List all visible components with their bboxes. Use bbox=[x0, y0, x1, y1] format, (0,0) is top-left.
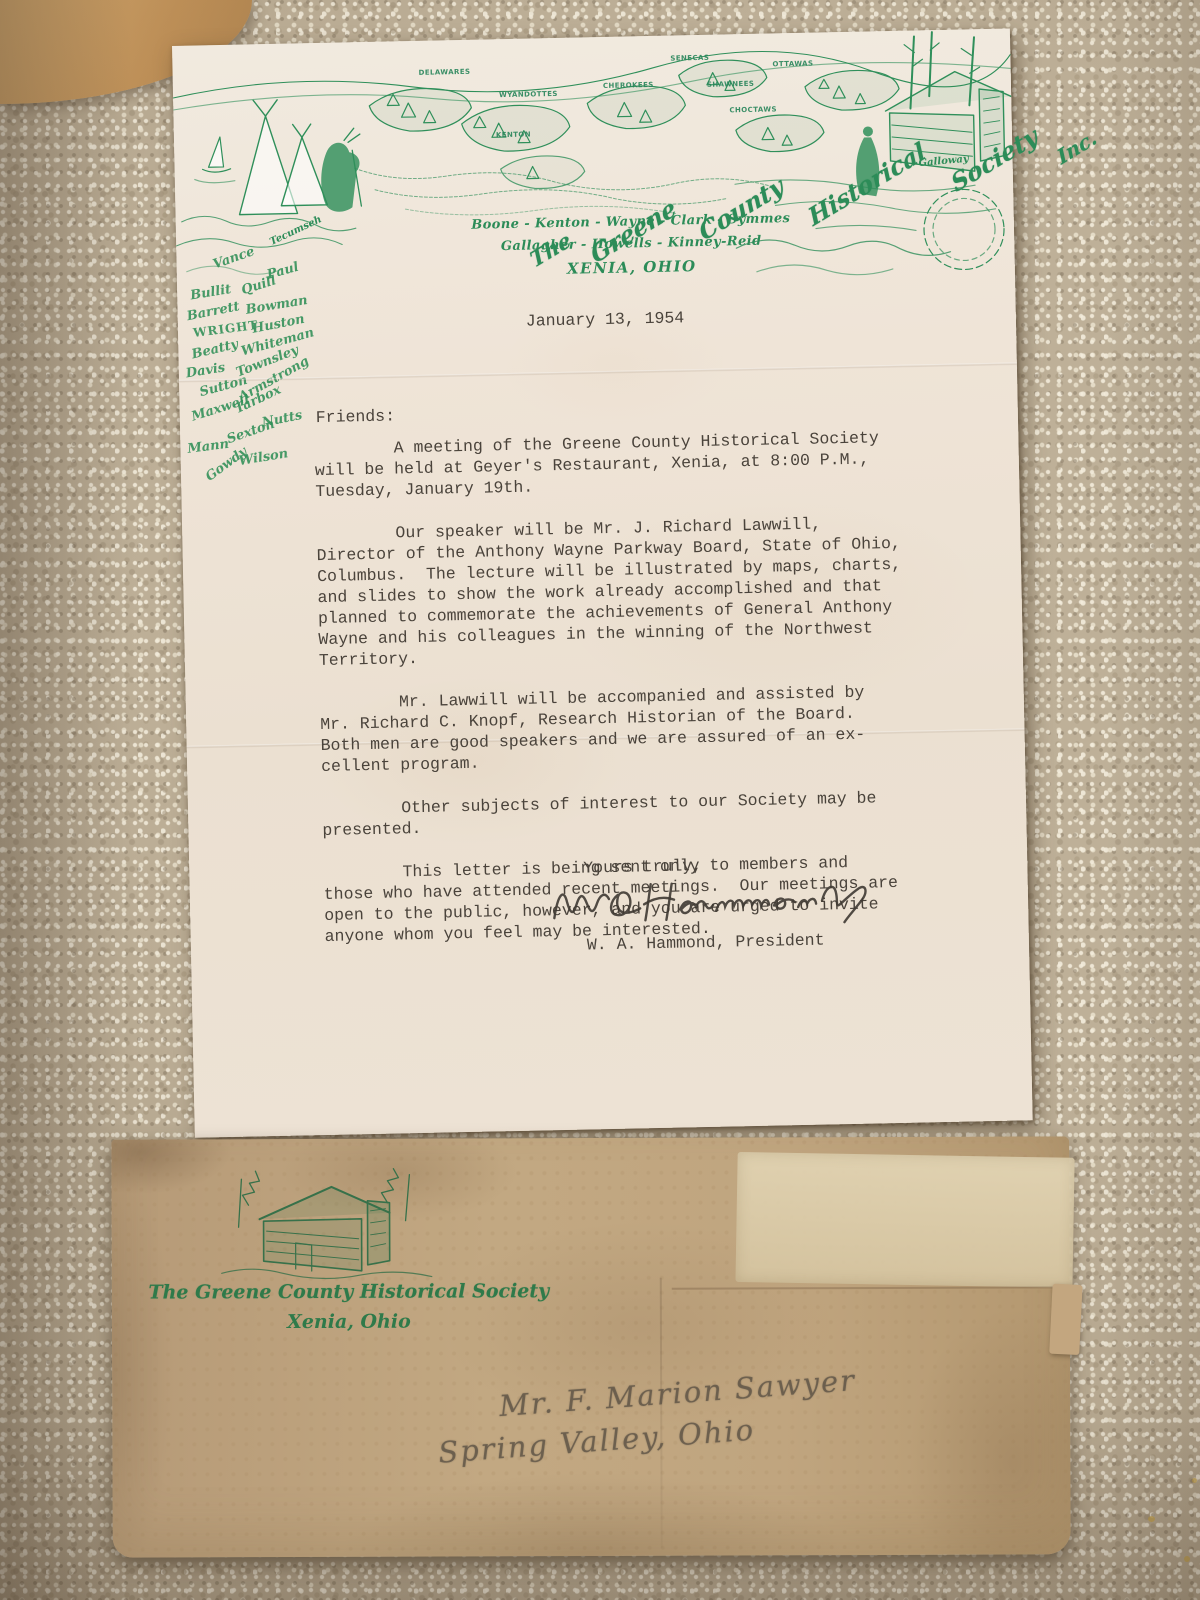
envelope: The Greene County Historical Society Xen… bbox=[111, 1136, 1070, 1557]
rocky-bank-sketch bbox=[176, 213, 357, 276]
title-word: Inc. bbox=[1054, 125, 1100, 170]
carpet-speck bbox=[1184, 1556, 1190, 1562]
tecumseh-figure-icon bbox=[320, 128, 361, 212]
pioneer-name: Sexton bbox=[225, 417, 277, 447]
salutation: Friends: bbox=[316, 405, 396, 428]
paragraph-meeting: A meeting of the Greene County Historica… bbox=[314, 427, 899, 502]
pioneer-name: Beatty bbox=[190, 337, 239, 362]
sailboat-icon bbox=[194, 137, 235, 183]
tribe-label: Shawnees bbox=[707, 80, 755, 89]
envelope-return-city: Xenia, Ohio bbox=[134, 1310, 564, 1334]
tribe-label: Senecas bbox=[670, 54, 709, 63]
tribe-label: Kenton bbox=[496, 131, 531, 140]
paragraph-assistant: Mr. Lawwill will be accompanied and assi… bbox=[320, 681, 906, 777]
tape-patch bbox=[735, 1152, 1074, 1288]
handwritten-signature bbox=[547, 869, 888, 936]
paragraph-speaker: Our speaker will be Mr. J. Richard Lawwi… bbox=[316, 512, 903, 671]
handwritten-address: Mr. F. Marion Sawyer Spring Valley, Ohio bbox=[450, 1363, 860, 1469]
pioneer-name: Mann bbox=[187, 437, 230, 457]
envelope-flap-edge bbox=[672, 1286, 1070, 1289]
tribe-label: Ottawas bbox=[772, 60, 813, 69]
tribe-label: Delawares bbox=[419, 68, 471, 77]
title-word: Historical bbox=[804, 136, 930, 232]
pioneer-name: Davis bbox=[185, 360, 226, 381]
tribe-label: Cherokees bbox=[603, 81, 654, 90]
tribe-label: Choctaws bbox=[729, 105, 777, 114]
tribe-label: Wyandottes bbox=[499, 90, 558, 99]
date-line: January 13, 1954 bbox=[526, 307, 685, 331]
carpet-speck bbox=[1192, 1478, 1197, 1483]
teepee-icon bbox=[237, 99, 327, 215]
letter-document: The Greene County Historical Society Inc… bbox=[172, 28, 1033, 1137]
envelope-torn-tab bbox=[1049, 1284, 1082, 1355]
envelope-cabin-icon bbox=[211, 1161, 441, 1282]
paragraph-other-subjects: Other subjects of interest to our Societ… bbox=[322, 787, 907, 841]
carpet-speck bbox=[1148, 1516, 1155, 1522]
envelope-return-org: The Greene County Historical Society bbox=[134, 1280, 564, 1304]
photo-of-letter-and-envelope-on-carpet: The Greene County Historical Society Inc… bbox=[0, 0, 1200, 1600]
